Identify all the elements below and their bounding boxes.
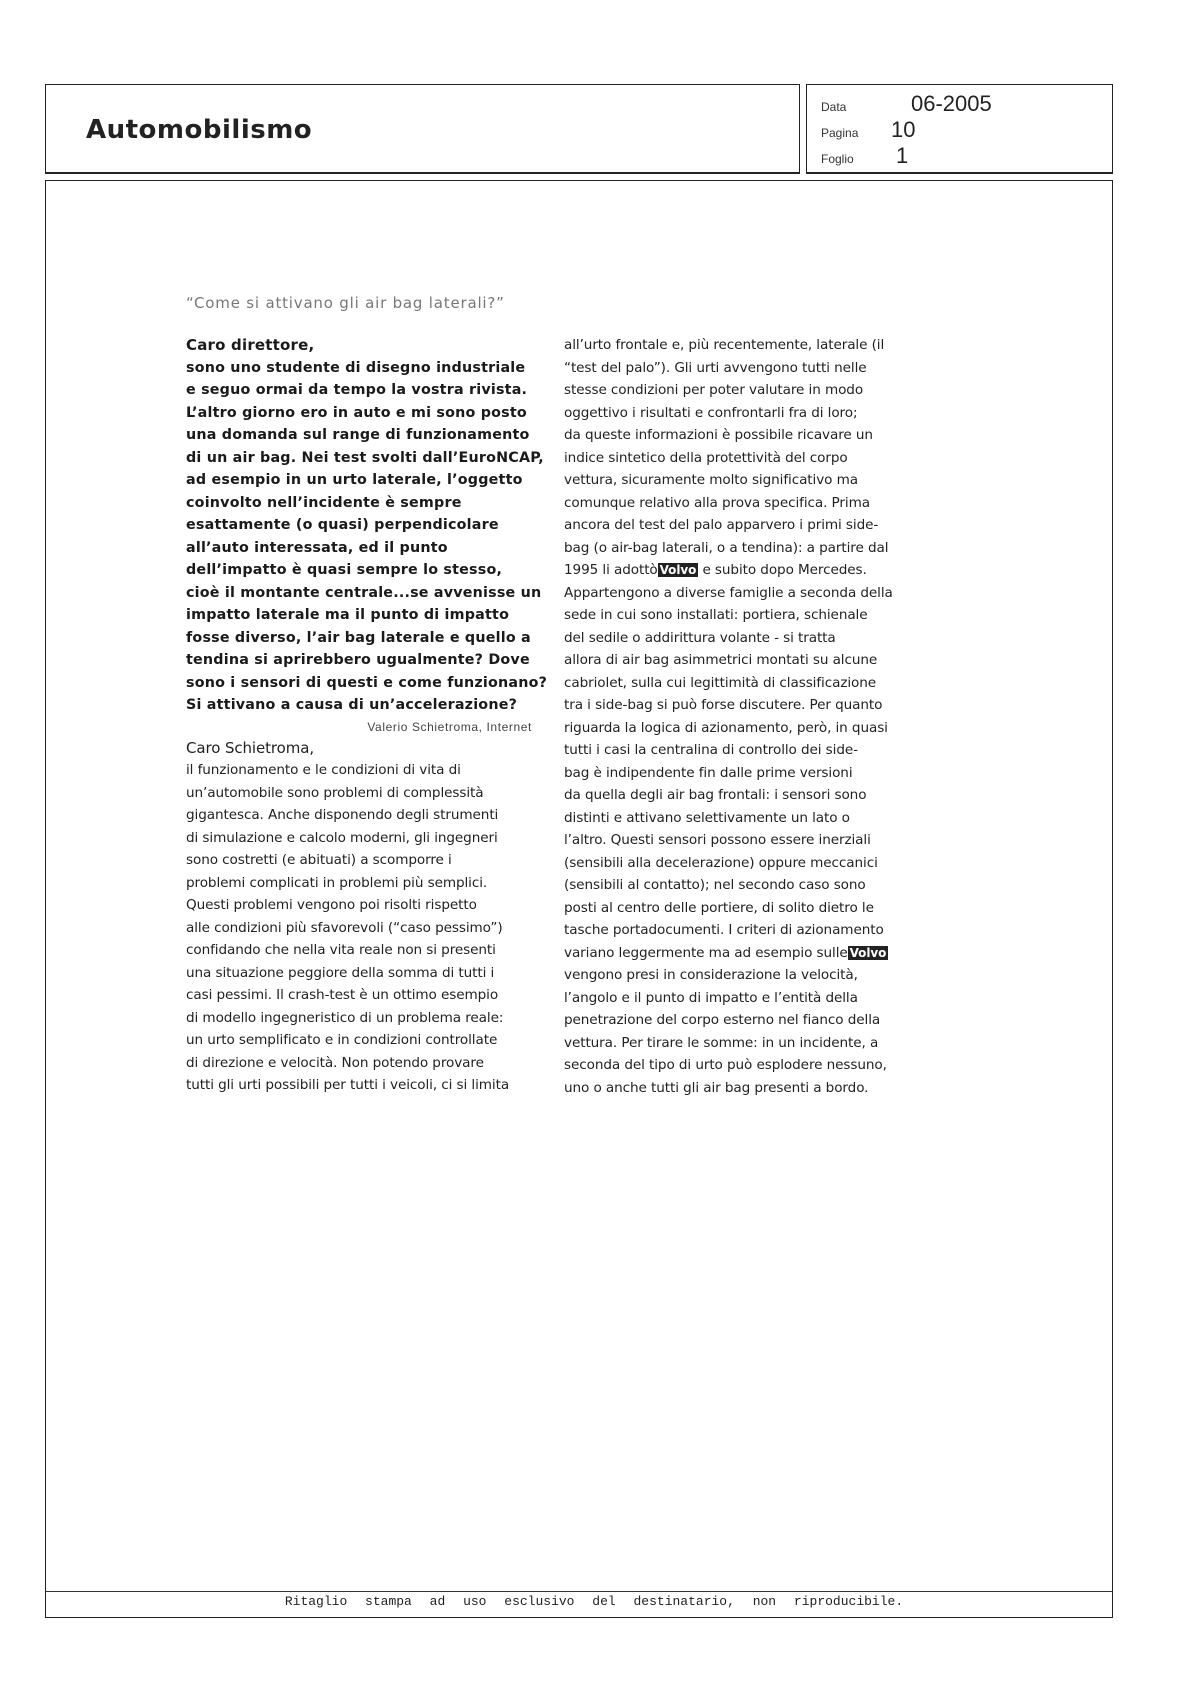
article-column-right: all’urto frontale e, più recentemente, l…: [564, 334, 914, 1099]
letter-line: di un air bag. Nei test svolti dall’Euro…: [186, 447, 536, 470]
reply-line: Questi problemi vengono poi risolti risp…: [186, 894, 536, 917]
meta-page: Pagina 10: [821, 117, 915, 143]
reply-line: tutti i casi la centralina di controllo …: [564, 739, 914, 762]
reply-line: da queste informazioni è possibile ricav…: [564, 424, 914, 447]
meta-page-value: 10: [891, 117, 915, 143]
letter-line: coinvolto nell’incidente è sempre: [186, 492, 536, 515]
letter-line: Caro direttore,: [186, 334, 536, 357]
reply-line: (sensibili alla decelerazione) oppure me…: [564, 852, 914, 875]
reply-line: del sedile o addirittura volante - si tr…: [564, 627, 914, 650]
meta-sheet-value: 1: [896, 143, 908, 169]
reply-line: stesse condizioni per poter valutare in …: [564, 379, 914, 402]
brand-highlight: Volvo: [848, 946, 889, 960]
reply-line: indice sintetico della protettività del …: [564, 447, 914, 470]
letter-line: Si attivano a causa di un’accelerazione?: [186, 694, 536, 717]
reply-line: vettura, sicuramente molto significativo…: [564, 469, 914, 492]
reply-line: tra i side-bag si può forse discutere. P…: [564, 694, 914, 717]
reply-line: tutti gli urti possibili per tutti i vei…: [186, 1074, 536, 1097]
reply-line: riguarda la logica di azionamento, però,…: [564, 717, 914, 740]
meta-page-label: Pagina: [821, 126, 891, 140]
reply-line: alle condizioni più sfavorevoli (“caso p…: [186, 917, 536, 940]
reply-line: ancora del test del palo apparvero i pri…: [564, 514, 914, 537]
reply-line: uno o anche tutti gli air bag presenti a…: [564, 1077, 914, 1100]
reply-line: l’angolo e il punto di impatto e l’entit…: [564, 987, 914, 1010]
reply-line: di simulazione e calcolo moderni, gli in…: [186, 827, 536, 850]
reply-line: casi pessimi. Il crash-test è un ottimo …: [186, 984, 536, 1007]
article-headline: “Come si attivano gli air bag laterali?”: [186, 294, 505, 312]
reply-line: penetrazione del corpo esterno nel fianc…: [564, 1009, 914, 1032]
reply-line: Appartengono a diverse famiglie a second…: [564, 582, 914, 605]
reply-line: cabriolet, sulla cui legittimità di clas…: [564, 672, 914, 695]
letter-line: L’altro giorno ero in auto e mi sono pos…: [186, 402, 536, 425]
letter-line: una domanda sul range di funzionamento: [186, 424, 536, 447]
reply-line: distinti e attivano selettivamente un la…: [564, 807, 914, 830]
reply-line: una situazione peggiore della somma di t…: [186, 962, 536, 985]
reply-line: un’automobile sono problemi di complessi…: [186, 782, 536, 805]
reply-line: all’urto frontale e, più recentemente, l…: [564, 334, 914, 357]
reply-line-with-brand: variano leggermente ma ad esempio sulleV…: [564, 942, 914, 965]
reply-line: l’altro. Questi sensori possono essere i…: [564, 829, 914, 852]
letter-line: fosse diverso, l’air bag laterale e quel…: [186, 627, 536, 650]
reader-letter: Caro direttore, sono uno studente di dis…: [186, 334, 536, 717]
reply-line: un urto semplificato e in condizioni con…: [186, 1029, 536, 1052]
reply-line: vengono presi in considerazione la veloc…: [564, 964, 914, 987]
editor-reply-left: Caro Schietroma, il funzionamento e le c…: [186, 737, 536, 1097]
reply-line: (sensibili al contatto); nel secondo cas…: [564, 874, 914, 897]
letter-line: all’auto interessata, ed il punto: [186, 537, 536, 560]
letter-signature: Valerio Schietroma, Internet: [186, 717, 536, 737]
reply-line: tasche portadocumenti. I criteri di azio…: [564, 919, 914, 942]
reply-line: oggettivo i risultati e confrontarli fra…: [564, 402, 914, 425]
reply-line: confidando che nella vita reale non si p…: [186, 939, 536, 962]
reply-line: allora di air bag asimmetrici montati su…: [564, 649, 914, 672]
reply-line: vettura. Per tirare le somme: in un inci…: [564, 1032, 914, 1055]
reply-line: problemi complicati in problemi più semp…: [186, 872, 536, 895]
reply-greeting: Caro Schietroma,: [186, 737, 536, 760]
letter-line: sono uno studente di disegno industriale: [186, 357, 536, 380]
reply-line: posti al centro delle portiere, di solit…: [564, 897, 914, 920]
meta-date: Data 06-2005: [821, 91, 992, 117]
footer-notice: Ritaglio stampa ad uso esclusivo del des…: [46, 1594, 1112, 1609]
publication-header: Automobilismo: [45, 84, 800, 174]
letter-line: dell’impatto è quasi sempre lo stesso,: [186, 559, 536, 582]
letter-line: cioè il montante centrale...se avvenisse…: [186, 582, 536, 605]
letter-line: impatto laterale ma il punto di impatto: [186, 604, 536, 627]
reply-line: di modello ingegneristico di un problema…: [186, 1007, 536, 1030]
reply-line: seconda del tipo di urto può esplodere n…: [564, 1054, 914, 1077]
reply-line-with-brand: 1995 li adottòVolvo e subito dopo Merced…: [564, 559, 914, 582]
reply-line: comunque relativo alla prova specifica. …: [564, 492, 914, 515]
letter-line: tendina si aprirebbero ugualmente? Dove: [186, 649, 536, 672]
reply-line: gigantesca. Anche disponendo degli strum…: [186, 804, 536, 827]
letter-line: e seguo ormai da tempo la vostra rivista…: [186, 379, 536, 402]
letter-line: esattamente (o quasi) perpendicolare: [186, 514, 536, 537]
meta-date-value: 06-2005: [911, 91, 992, 117]
reply-line: “test del palo”). Gli urti avvengono tut…: [564, 357, 914, 380]
meta-date-label: Data: [821, 100, 911, 114]
article-column-left: Caro direttore, sono uno studente di dis…: [186, 334, 536, 1097]
reply-line: sede in cui sono installati: portiera, s…: [564, 604, 914, 627]
reply-line: il funzionamento e le condizioni di vita…: [186, 759, 536, 782]
brand-highlight: Volvo: [658, 563, 699, 577]
footer-divider: [46, 1591, 1112, 1592]
letter-line: ad esempio in un urto laterale, l’oggett…: [186, 469, 536, 492]
reply-line: bag è indipendente fin dalle prime versi…: [564, 762, 914, 785]
reply-line: da quella degli air bag frontali: i sens…: [564, 784, 914, 807]
publication-title: Automobilismo: [86, 115, 312, 145]
meta-sheet-label: Foglio: [821, 152, 896, 166]
clipping-meta-box: Data 06-2005 Pagina 10 Foglio 1: [806, 84, 1113, 174]
reply-line: sono costretti (e abituati) a scomporre …: [186, 849, 536, 872]
meta-sheet: Foglio 1: [821, 143, 908, 169]
reply-line: bag (o air-bag laterali, o a tendina): a…: [564, 537, 914, 560]
letter-line: sono i sensori di questi e come funziona…: [186, 672, 536, 695]
reply-line: di direzione e velocità. Non potendo pro…: [186, 1052, 536, 1075]
